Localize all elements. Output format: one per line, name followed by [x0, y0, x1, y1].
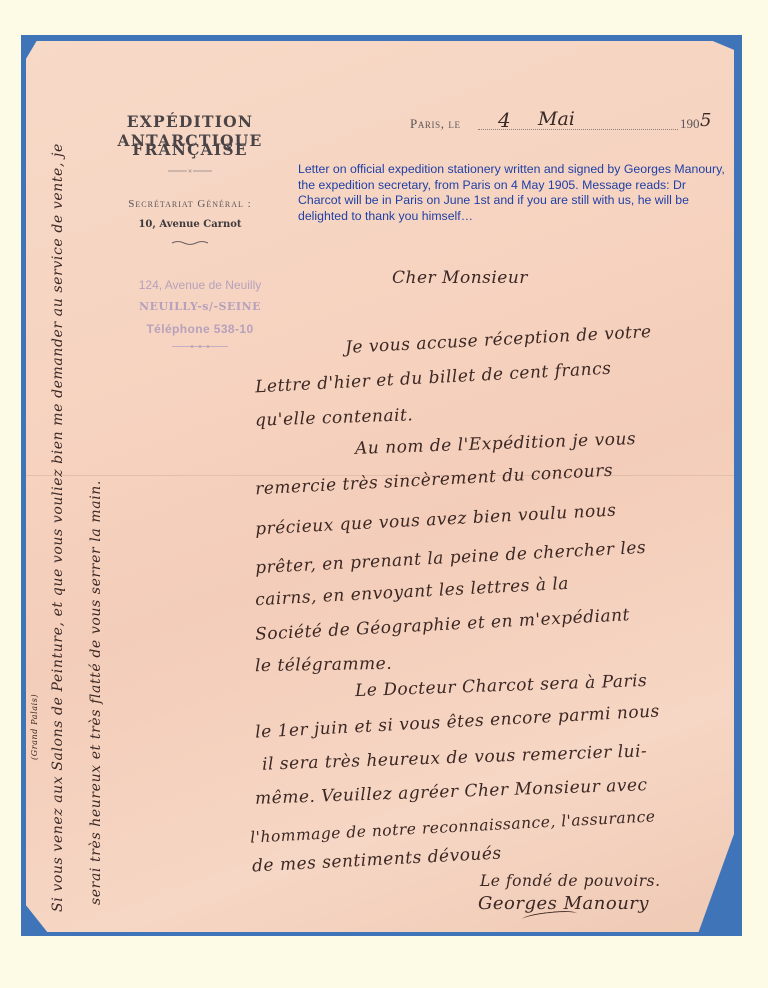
dateline-day: 4 — [498, 108, 511, 132]
dateline-month: Mai — [538, 108, 575, 130]
letterhead-flourish-icon — [170, 240, 210, 246]
stamp-telephone: Téléphone 538-10 — [110, 322, 290, 336]
margin-note-inner: serai très heureux et très flatté de vou… — [88, 480, 104, 905]
margin-note-outer: Si vous venez aux Salons de Peinture, et… — [50, 143, 66, 912]
letter-line: le télégramme. — [255, 654, 392, 676]
dateline-year-prefix: 190 — [680, 116, 700, 132]
letter-closing: Le fondé de pouvoirs. — [480, 872, 661, 890]
stamp-divider-icon — [170, 344, 230, 349]
stamp-city: NEUILLY-s/-SEINE — [110, 300, 290, 313]
letterhead-secretariat: Secrétariat Général : — [70, 198, 310, 210]
letterhead-address: 10, Avenue Carnot — [70, 219, 310, 230]
svg-text:×: × — [188, 169, 192, 176]
caption-annotation: Letter on official expedition stationery… — [298, 162, 728, 224]
letter-salutation: Cher Monsieur — [392, 268, 528, 288]
dateline: Paris, le 4 Mai 190 5 — [410, 110, 710, 134]
dateline-label: Paris, le — [410, 116, 461, 132]
margin-note-insert: (Grand Palais) — [30, 694, 39, 760]
dateline-year-digit: 5 — [700, 110, 711, 131]
letterhead-title-line2: FRANÇAISE — [70, 140, 310, 159]
stamp-address: 124, Avenue de Neuilly — [110, 278, 290, 292]
letterhead-divider-icon: × — [160, 167, 220, 175]
